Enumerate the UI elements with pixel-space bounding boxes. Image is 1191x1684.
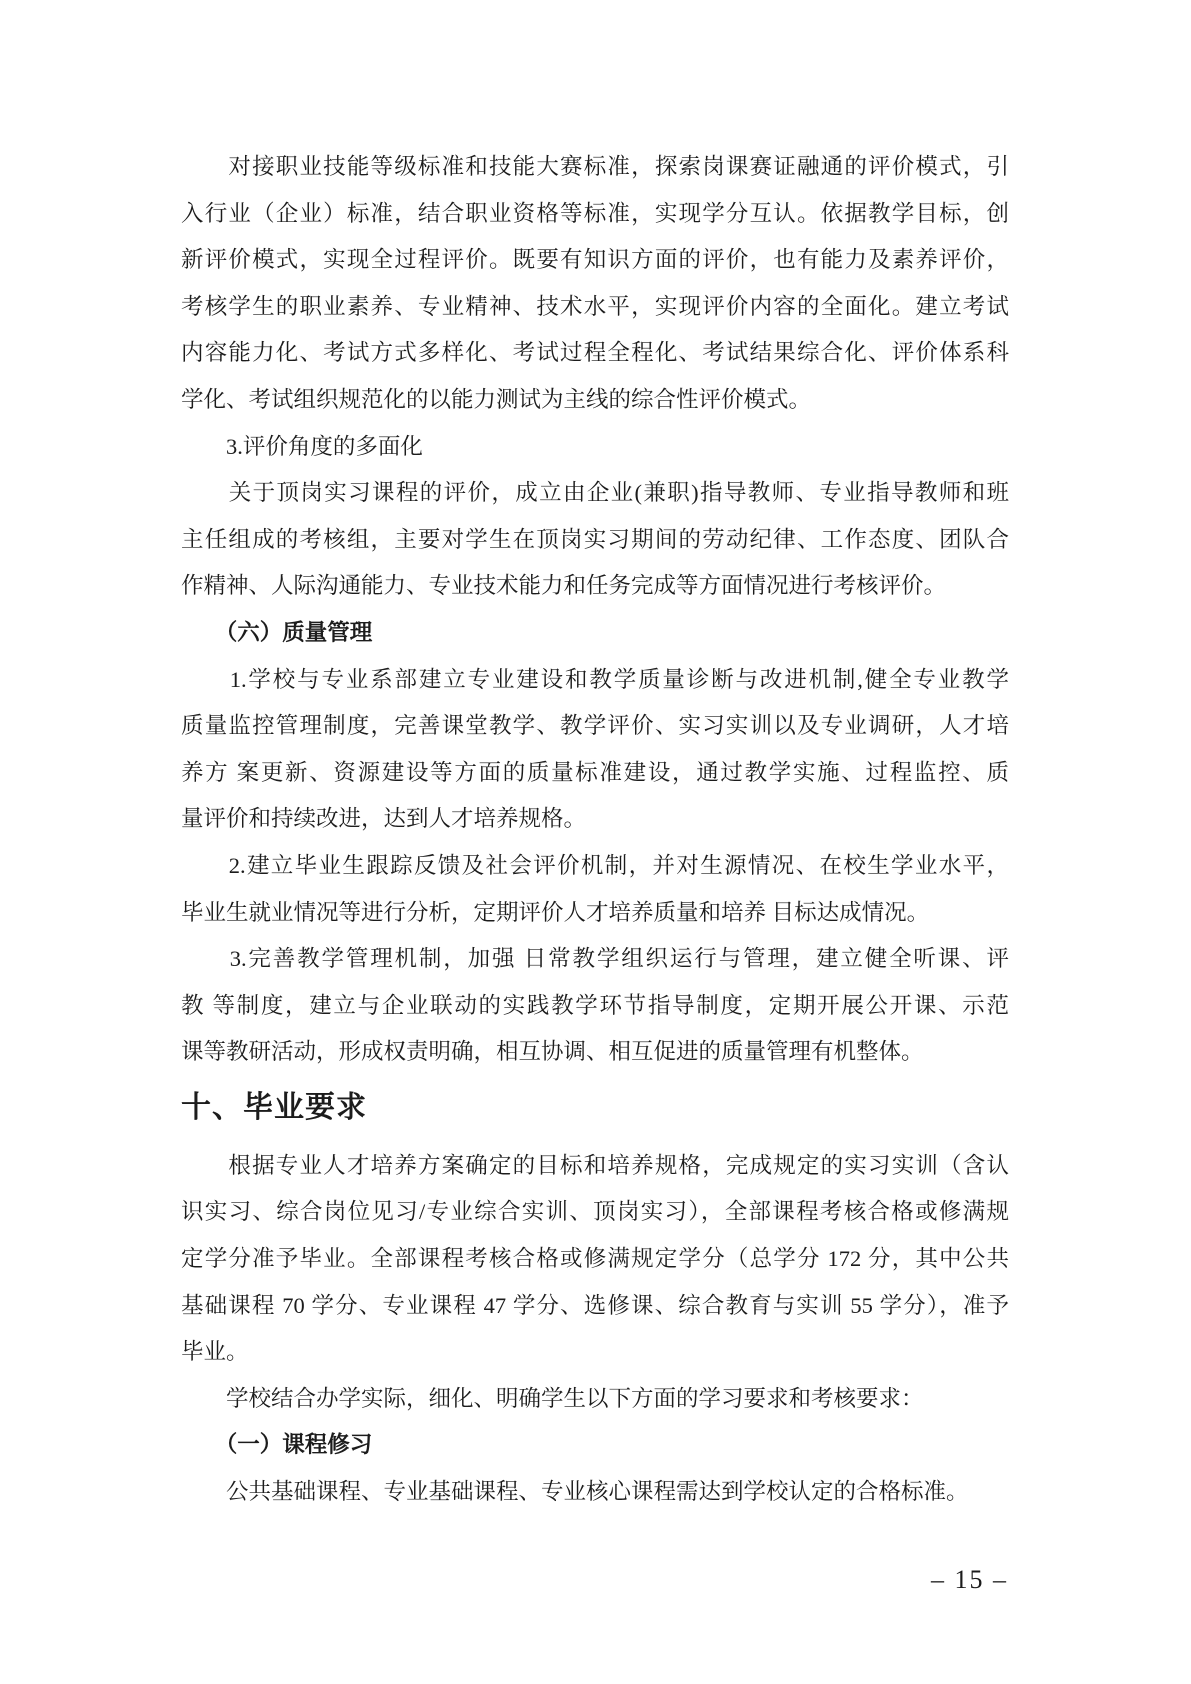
- section-heading: （六）质量管理: [181, 610, 1009, 657]
- text-line: 课等教研活动，形成权责明确，相互协调、相互促进的质量管理有机整体。: [181, 1029, 1009, 1076]
- text-line: 3.评价角度的多面化: [181, 424, 1009, 471]
- text-line: 基础课程 70 学分、专业课程 47 学分、选修课、综合教育与实训 55 学分）…: [181, 1283, 1009, 1330]
- text-line: 3.完善教学管理机制，加强 日常教学组织运行与管理，建立健全听课、评: [181, 936, 1009, 983]
- text-line: 作精神、人际沟通能力、专业技术能力和任务完成等方面情况进行考核评价。: [181, 563, 1009, 610]
- text-line: 养方 案更新、资源建设等方面的质量标准建设，通过教学实施、过程监控、质: [181, 750, 1009, 797]
- text-line: 入行业（企业）标准，结合职业资格等标准，实现学分互认。依据教学目标，创: [181, 191, 1009, 238]
- text-line: 教 等制度，建立与企业联动的实践教学环节指导制度，定期开展公开课、示范: [181, 983, 1009, 1030]
- text-line: 主任组成的考核组，主要对学生在顶岗实习期间的劳动纪律、工作态度、团队合: [181, 517, 1009, 564]
- text-line: 毕业生就业情况等进行分析，定期评价人才培养质量和培养 目标达成情况。: [181, 890, 1009, 937]
- text-line: 学校结合办学实际，细化、明确学生以下方面的学习要求和考核要求：: [181, 1376, 1009, 1423]
- text-line: 新评价模式，实现全过程评价。既要有知识方面的评价，也有能力及素养评价，: [181, 237, 1009, 284]
- text-line: 对接职业技能等级标准和技能大赛标准，探索岗课赛证融通的评价模式，引: [181, 144, 1009, 191]
- text-line: 量评价和持续改进，达到人才培养规格。: [181, 796, 1009, 843]
- page-number: – 15 –: [931, 1563, 1008, 1597]
- text-line: 1.学校与专业系部建立专业建设和教学质量诊断与改进机制,健全专业教学: [181, 657, 1009, 704]
- text-line: 关于顶岗实习课程的评价，成立由企业(兼职)指导教师、专业指导教师和班: [181, 470, 1009, 517]
- text-line: 根据专业人才培养方案确定的目标和培养规格，完成规定的实习实训（含认: [181, 1143, 1009, 1190]
- text-line: 公共基础课程、专业基础课程、专业核心课程需达到学校认定的合格标准。: [181, 1469, 1009, 1516]
- text-line: 毕业。: [181, 1329, 1009, 1376]
- text-line: 学化、考试组织规范化的以能力测试为主线的综合性评价模式。: [181, 377, 1009, 424]
- text-line: 2.建立毕业生跟踪反馈及社会评价机制，并对生源情况、在校生学业水平，: [181, 843, 1009, 890]
- text-line: 内容能力化、考试方式多样化、考试过程全程化、考试结果综合化、评价体系科: [181, 330, 1009, 377]
- section-heading: （一）课程修习: [181, 1422, 1009, 1469]
- text-line: 考核学生的职业素养、专业精神、技术水平，实现评价内容的全面化。建立考试: [181, 284, 1009, 331]
- chapter-heading: 十、毕业要求: [181, 1080, 1009, 1136]
- document-page: 对接职业技能等级标准和技能大赛标准，探索岗课赛证融通的评价模式，引入行业（企业）…: [0, 0, 1191, 1684]
- text-line: 识实习、综合岗位见习/专业综合实训、顶岗实习），全部课程考核合格或修满规: [181, 1189, 1009, 1236]
- document-body: 对接职业技能等级标准和技能大赛标准，探索岗课赛证融通的评价模式，引入行业（企业）…: [181, 144, 1009, 1516]
- text-line: 质量监控管理制度，完善课堂教学、教学评价、实习实训以及专业调研，人才培: [181, 703, 1009, 750]
- text-line: 定学分准予毕业。全部课程考核合格或修满规定学分（总学分 172 分，其中公共: [181, 1236, 1009, 1283]
